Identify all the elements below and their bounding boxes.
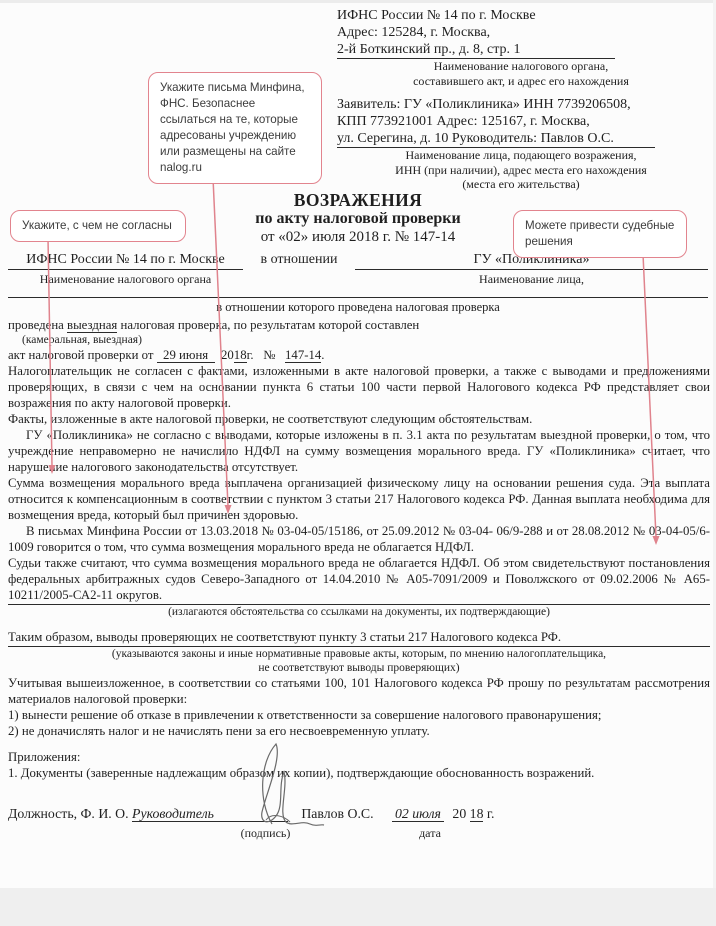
screenshot-root: { "accent_color": "#e0838d", "ink_color"… xyxy=(0,0,716,926)
laws-caption-2: не соответствуют выводы проверяющих) xyxy=(8,661,710,675)
respondent-person-caption: Наименование лица, xyxy=(355,272,708,286)
callout-minfin-letters: Укажите письма Минфина, ФНС. Безопаснее … xyxy=(148,72,322,184)
signature-caption: (подпись) xyxy=(218,826,313,841)
disagreement-intro: Налогоплательщик не согласен с фактами, … xyxy=(8,363,710,411)
blank-rule xyxy=(8,297,708,298)
text-segment: . xyxy=(321,348,324,362)
text-segment: 18 xyxy=(234,348,247,363)
header-block: ИФНС России № 14 по г. МосквеАдрес: 1252… xyxy=(337,8,705,192)
laws-caption-1: (указываются законы и иные нормативные п… xyxy=(8,647,710,661)
circumstances-caption: (излагаются обстоятельства со ссылками н… xyxy=(8,605,710,619)
applicant-caption-2: ИНН (при наличии), адрес места его нахож… xyxy=(337,163,705,178)
date-caption: дата xyxy=(400,826,460,841)
request-item-1: 1) вынести решение об отказе в привлечен… xyxy=(8,707,710,723)
blank-rule-caption: в отношении которого проведена налоговая… xyxy=(8,300,708,315)
callout-disagree: Укажите, с чем не согласны xyxy=(10,210,186,242)
document-title: ВОЗРАЖЕНИЯ xyxy=(0,190,716,210)
signature-role: Руководитель xyxy=(132,806,288,822)
text-segment: проведена xyxy=(8,318,67,332)
respondent-authority-blank: ИФНС России № 14 по г. Москве xyxy=(8,251,243,270)
text-segment: акт налоговой проверки от xyxy=(8,348,157,362)
signature-year-suffix: г. xyxy=(483,806,494,821)
signature-row: Должность, Ф. И. О. Руководитель Павлов … xyxy=(8,806,708,822)
court-rulings-paragraph: Судьи также считают, что сумма возмещени… xyxy=(8,555,710,605)
attachments-header: Приложения: xyxy=(8,749,710,765)
signature-date: 02 июля xyxy=(392,806,445,822)
applicant-line-2: КПП 773921001 Адрес: 125167, г. Москва, xyxy=(337,114,705,131)
text-segment: налоговая проверка, по результатам котор… xyxy=(117,318,419,332)
signature-prefix: Должность, Ф. И. О. xyxy=(8,806,132,821)
objection-paragraph-1: ГУ «Поликлиника» не согласно с выводами,… xyxy=(8,427,710,475)
text-segment: выездная xyxy=(67,318,117,333)
body-gap-1 xyxy=(8,619,710,629)
request-item-2: 2) не доначислять налог и не начислять п… xyxy=(8,723,710,739)
request-intro: Учитывая вышеизложенное, в соответствии … xyxy=(8,675,710,707)
authority-address-2: 2-й Боткинский пр., д. 8, стр. 1 xyxy=(337,41,615,59)
act-date-line: акт налоговой проверки от 29 июня 2018г.… xyxy=(8,347,710,363)
text-segment: 29 июня xyxy=(157,348,215,363)
minfin-letters-paragraph: В письмах Минфина России от 13.03.2018 №… xyxy=(8,523,710,555)
authority-caption-1: Наименование налогового органа, xyxy=(337,59,705,74)
authority-name: ИФНС России № 14 по г. Москве xyxy=(337,8,705,25)
callout-court-decisions: Можете привести судебные решения xyxy=(513,210,687,258)
respondent-captions: Наименование налогового органа Наименова… xyxy=(8,272,708,286)
document-page: ИФНС России № 14 по г. МосквеАдрес: 1252… xyxy=(0,0,716,888)
applicant-line-3: ул. Серегина, д. 10 Руководитель: Павлов… xyxy=(337,130,655,148)
signature-name: Павлов О.С. xyxy=(298,806,374,821)
applicant-line-1: Заявитель: ГУ «Поликлиника» ИНН 77392065… xyxy=(337,97,705,114)
header-gap xyxy=(337,88,705,97)
respondent-authority-caption: Наименование налогового органа xyxy=(8,272,243,286)
text-segment: 147-14 xyxy=(285,348,321,363)
audit-type-line: проведена выездная налоговая проверка, п… xyxy=(8,317,710,333)
authority-caption-2: составившего акт, и адрес его нахождения xyxy=(337,74,705,89)
objection-paragraph-2: Сумма возмещения морального вреда выплач… xyxy=(8,475,710,523)
attachments-item-1: 1. Документы (заверенные надлежащим обра… xyxy=(8,765,710,781)
respondent-caption-spacer xyxy=(243,272,355,286)
applicant-caption-1: Наименование лица, подающего возражения, xyxy=(337,148,705,163)
text-segment: г. № xyxy=(247,348,285,362)
page-top-edge xyxy=(0,0,716,3)
signature-year-prefix: 20 xyxy=(452,806,469,821)
authority-address-1: Адрес: 125284, г. Москва, xyxy=(337,25,705,42)
audit-type-caption: (камеральная, выездная) xyxy=(8,333,710,347)
body-gap-2 xyxy=(8,739,710,749)
text-segment: 20 xyxy=(215,348,234,362)
respondent-middle-label: в отношении xyxy=(243,251,355,270)
signature-year: 18 xyxy=(470,806,484,822)
facts-line: Факты, изложенные в акте налоговой прове… xyxy=(8,411,710,427)
conclusion-line: Таким образом, выводы проверяющих не соо… xyxy=(8,629,710,647)
document-body: проведена выездная налоговая проверка, п… xyxy=(8,317,710,781)
